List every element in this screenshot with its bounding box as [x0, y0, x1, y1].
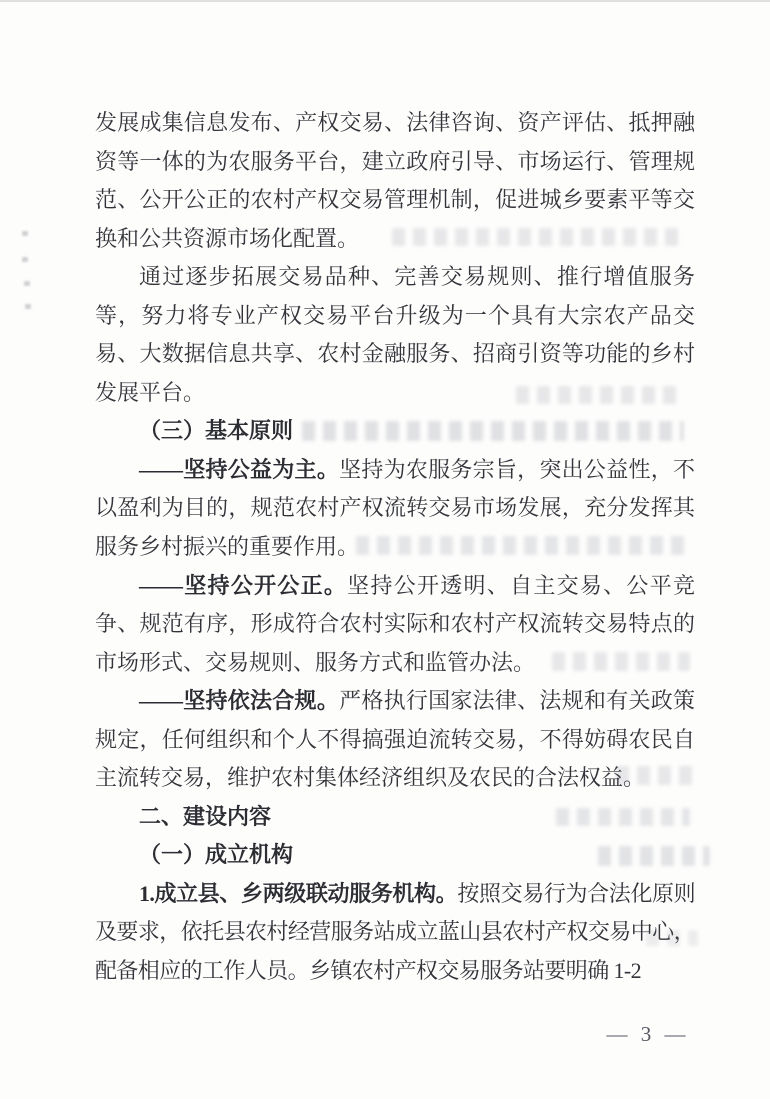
paragraph-lead: 1.成立县、乡两级联动服务机构。 [139, 881, 457, 906]
bleed-through-artifact [392, 228, 684, 246]
bleed-through-artifact [598, 846, 710, 866]
paragraph-lead: ——坚持依法合规。 [139, 688, 339, 713]
page-number: — 3 — [604, 1022, 692, 1047]
scan-speck-artifact [22, 231, 28, 236]
scan-edge-artifact [0, 0, 770, 2]
paragraph: ——坚持依法合规。严格执行国家法律、法规和有关政策规定，任何组织和个人不得搞强迫… [95, 682, 695, 798]
bleed-through-artifact [616, 766, 694, 785]
bleed-through-artifact [356, 536, 686, 555]
bleed-through-artifact [302, 421, 684, 441]
paragraph-lead: ——坚持公益为主。 [139, 457, 339, 482]
paragraph: 1.成立县、乡两级联动服务机构。按照交易行为合法化原则及要求，依托县农村经营服务… [95, 875, 695, 991]
section-heading-label: （一）成立机构 [139, 842, 293, 867]
section-heading-label: （三）基本原则 [139, 418, 293, 443]
scan-speck-artifact [24, 281, 30, 286]
section-heading-label: 二、建设内容 [139, 804, 271, 829]
paragraph-text: 通过逐步拓展交易品种、完善交易规则、推行增值服务等，努力将专业产权交易平台升级为… [95, 264, 695, 405]
paragraph-lead: ——坚持公开公正。 [139, 573, 347, 598]
document-page: 发展成集信息发布、产权交易、法律咨询、资产评估、抵押融资等一体的为农服务平台，建… [0, 0, 770, 1099]
bleed-through-artifact [516, 386, 684, 404]
scan-speck-artifact [22, 257, 28, 262]
bleed-through-artifact [646, 930, 698, 946]
bleed-through-artifact [552, 652, 690, 671]
scan-speck-artifact [25, 304, 31, 309]
bleed-through-artifact [556, 808, 690, 826]
